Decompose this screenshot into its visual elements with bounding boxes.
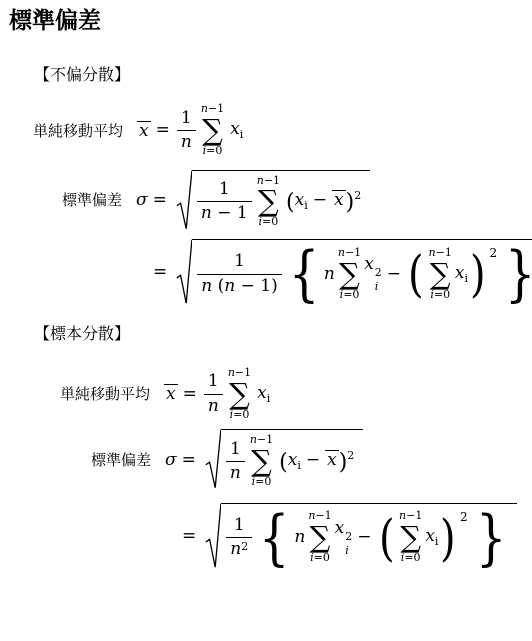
formula-label: 単純移動平均	[33, 122, 123, 140]
n-coefficient: n	[294, 527, 305, 547]
equals-sign: =	[182, 450, 196, 470]
sigma-icon: ∑	[229, 380, 250, 409]
radicand: 1 n − 1 n−1 ∑ i=0 (xi−x)2	[192, 170, 370, 231]
summation: n−1 ∑ i=0	[257, 175, 280, 229]
formula-standard-deviation: 標準偏差 σ = 1 n n−1 ∑ i=0 (xi−x)2	[91, 429, 532, 490]
sum-lower-limit: i=0	[203, 145, 223, 158]
square-root: 1 n − 1 n−1 ∑ i=0 (xi−x)2	[176, 170, 370, 231]
formula-label: 標準偏差	[91, 451, 151, 469]
denominator: n (n − 1)	[197, 274, 281, 298]
equals-sign: =	[183, 384, 197, 404]
summation: n−1 ∑ i=0	[228, 367, 251, 421]
equals-sign: =	[153, 190, 167, 210]
summation: n−1 ∑ i=0	[338, 247, 361, 301]
numerator: 1	[230, 250, 249, 273]
sigma-icon: ∑	[339, 260, 360, 289]
formula-standard-deviation: 標準偏差 σ = 1 n − 1 n−1 ∑ i=0 (xi−x)2	[62, 170, 532, 231]
section-unbiased-variance: 【不偏分散】 単純移動平均 x = 1 n n−1 ∑ i=0 xi 標準偏差 …	[0, 62, 532, 306]
radical-icon	[205, 429, 221, 490]
section-sample-variance: 【標本分散】 単純移動平均 x = 1 n n−1 ∑ i=0 xi 標準偏差 …	[0, 321, 532, 570]
sigma-variable: σ	[165, 450, 177, 470]
formula-standard-deviation-expanded: = 1 n2 { n n−1 ∑ i=0 x2i − (	[177, 503, 532, 570]
sigma-icon: ∑	[258, 187, 279, 216]
radical-icon	[205, 503, 221, 570]
n-coefficient: n	[324, 264, 335, 284]
radicand: 1 n n−1 ∑ i=0 (xi−x)2	[221, 429, 363, 490]
summation: n−1 ∑ i=0	[201, 103, 224, 157]
left-paren: (	[378, 513, 394, 563]
sigma-icon: ∑	[430, 260, 451, 289]
right-paren: )	[470, 249, 486, 299]
formula-simple-moving-average: 単純移動平均 x = 1 n n−1 ∑ i=0 xi	[33, 103, 532, 157]
sigma-icon: ∑	[400, 523, 421, 552]
outer-exponent: 2	[490, 246, 498, 260]
right-brace: }	[475, 508, 506, 568]
fraction-one-over-n-n-minus-1: 1 n (n − 1)	[197, 250, 281, 298]
sigma-variable: σ	[136, 190, 148, 210]
square-root: 1 n2 { n n−1 ∑ i=0 x2i − ( n−1 ∑ i=0	[205, 503, 517, 570]
formula-label: 標準偏差	[62, 191, 122, 209]
denominator: n	[177, 130, 196, 154]
squared-deviation-term: (xi−x)2	[286, 189, 361, 214]
section-heading-sample: 【標本分散】	[34, 321, 532, 344]
sigma-icon: ∑	[202, 116, 223, 145]
x-bar: x	[137, 121, 151, 141]
fraction-one-over-n-minus-1: 1 n − 1	[197, 178, 252, 226]
radicand: 1 n (n − 1) { n n−1 ∑ i=0 x2i − ( n−1 ∑ …	[192, 239, 532, 306]
right-brace: }	[505, 244, 532, 304]
square-root: 1 n n−1 ∑ i=0 (xi−x)2	[205, 429, 363, 490]
numerator: 1	[226, 438, 245, 461]
fraction-one-over-n-squared: 1 n2	[226, 514, 252, 562]
formula-label: 単純移動平均	[60, 385, 150, 403]
sum-lower-limit: i=0	[340, 289, 360, 302]
x-sub-i: xi	[425, 526, 438, 548]
minus-sign: −	[357, 527, 371, 547]
denominator: n − 1	[197, 201, 252, 225]
summation: n−1 ∑ i=0	[250, 434, 273, 488]
equals-sign: =	[156, 120, 170, 140]
sum-lower-limit: i=0	[310, 552, 330, 565]
page-title: 標準偏差	[9, 8, 532, 34]
denominator: n	[204, 394, 223, 418]
equals-sign: =	[153, 262, 167, 282]
sigma-icon: ∑	[251, 447, 272, 476]
radicand: 1 n2 { n n−1 ∑ i=0 x2i − ( n−1 ∑ i=0	[221, 503, 517, 570]
summation: n−1 ∑ i=0	[399, 510, 422, 564]
radical-icon	[176, 170, 192, 231]
formula-standard-deviation-expanded: = 1 n (n − 1) { n n−1 ∑ i=0 x2i − (	[148, 239, 532, 306]
section-heading-unbiased: 【不偏分散】	[34, 62, 532, 85]
document-page: { "title": "標準偏差", "sections": [ { "head…	[0, 0, 532, 641]
left-brace: {	[289, 244, 320, 304]
fraction-one-over-n: 1 n	[177, 107, 196, 155]
sum-lower-limit: i=0	[259, 216, 279, 229]
square-root: 1 n (n − 1) { n n−1 ∑ i=0 x2i − ( n−1 ∑ …	[176, 239, 532, 306]
minus-sign: −	[387, 264, 401, 284]
summation: n−1 ∑ i=0	[308, 510, 331, 564]
outer-exponent: 2	[460, 510, 468, 524]
formula-simple-moving-average: 単純移動平均 x = 1 n n−1 ∑ i=0 xi	[60, 367, 532, 421]
numerator: 1	[230, 514, 249, 537]
left-paren: (	[408, 249, 424, 299]
denominator: n	[226, 461, 245, 485]
x-sub-i: xi	[455, 263, 468, 285]
radical-icon	[176, 239, 192, 306]
sum-lower-limit: i=0	[430, 289, 450, 302]
x-sub-i: xi	[230, 119, 243, 141]
sum-lower-limit: i=0	[401, 552, 421, 565]
denominator: n2	[226, 537, 252, 561]
x-sub-i: xi	[257, 383, 270, 405]
sum-lower-limit: i=0	[252, 476, 272, 489]
numerator: 1	[204, 370, 223, 393]
sum-lower-limit: i=0	[230, 409, 250, 422]
summation: n−1 ∑ i=0	[429, 247, 452, 301]
equals-sign: =	[182, 526, 196, 546]
numerator: 1	[177, 107, 196, 130]
x-sub-i-squared: x2i	[364, 254, 382, 294]
right-paren: )	[440, 513, 456, 563]
left-brace: {	[259, 508, 290, 568]
squared-deviation-term: (xi−x)2	[279, 449, 354, 474]
numerator: 1	[215, 178, 234, 201]
x-sub-i-squared: x2i	[335, 518, 353, 558]
x-bar: x	[164, 384, 178, 404]
fraction-one-over-n: 1 n	[204, 370, 223, 418]
sigma-icon: ∑	[310, 523, 331, 552]
fraction-one-over-n: 1 n	[226, 438, 245, 486]
